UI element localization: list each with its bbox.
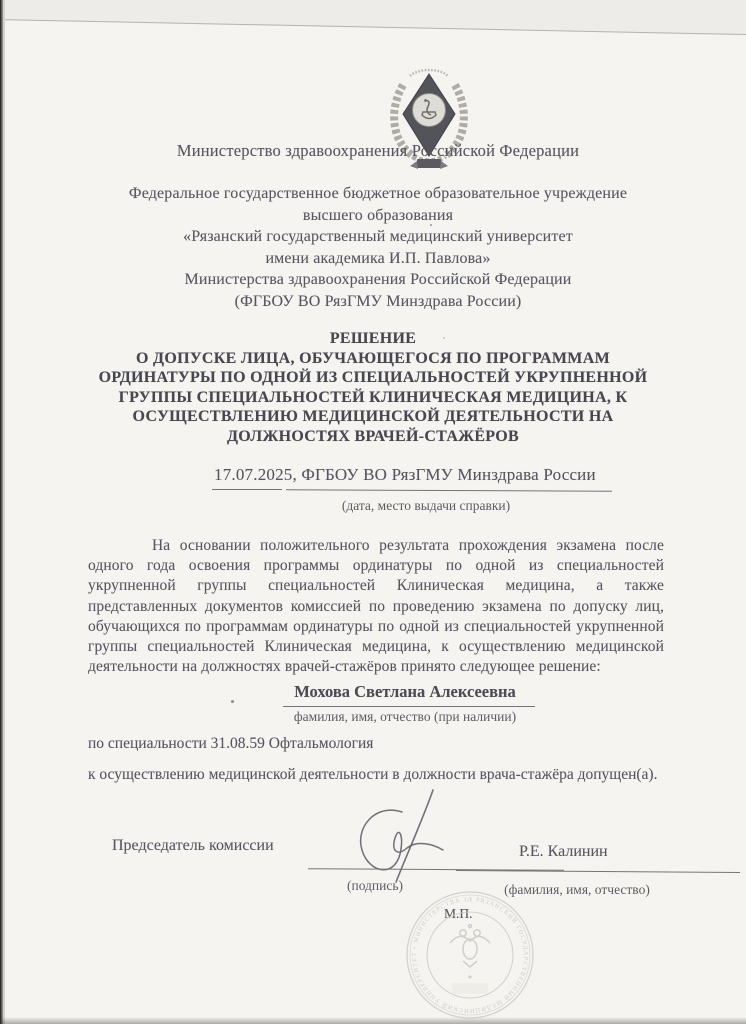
organization-name-block: Федеральное государственное бюджетное об…	[23, 183, 733, 313]
title-line: ОСУЩЕСТВЛЕНИЮ МЕДИЦИНСКОЙ ДЕЯТЕЛЬНОСТИ Н…	[23, 407, 723, 427]
graduate-name-underline	[283, 706, 535, 707]
date-place-caption: (дата, место выдачи справки)	[106, 498, 746, 514]
date-place-underline	[286, 489, 612, 491]
decision-body-paragraph: На основании положительного результата п…	[88, 536, 664, 677]
seal-eagle-icon	[450, 925, 490, 968]
handwritten-signature	[345, 786, 460, 886]
seal-ring-text: • РЯЗАНСКИЙ ГОСУДАРСТВЕННЫЙ МЕДИЦИНСКИЙ …	[400, 885, 529, 1014]
chairman-role-label: Председатель комиссии	[112, 837, 274, 855]
decision-title: РЕШЕНИЕ О ДОПУСКЕ ЛИЦА, ОБУЧАЮЩЕГОСЯ ПО …	[23, 329, 723, 447]
date-place-underline	[212, 489, 282, 490]
title-line: РЕШЕНИЕ	[23, 329, 723, 349]
title-line: ОРДИНАТУРЫ ПО ОДНОЙ ИЗ СПЕЦИАЛЬНОСТЕЙ УК…	[23, 368, 723, 388]
title-line: О ДОПУСКЕ ЛИЦА, ОБУЧАЮЩЕГОСЯ ПО ПРОГРАММ…	[23, 349, 723, 369]
scanned-document-page: Министерство здравоохранения Российской …	[0, 0, 746, 1024]
title-line: ГРУППЫ СПЕЦИАЛЬНОСТЕЙ КЛИНИЧЕСКАЯ МЕДИЦИ…	[23, 388, 723, 408]
ministry-name: Министерство здравоохранения Российской …	[23, 141, 733, 161]
svg-text:• РЯЗАНСКИЙ ГОСУДАРСТВЕННЫЙ МЕ: • РЯЗАНСКИЙ ГОСУДАРСТВЕННЫЙ МЕДИЦИНСКИЙ …	[400, 885, 529, 1014]
ministry-emblem-icon	[386, 63, 472, 183]
org-line: «Рязанский государственный медицинский у…	[23, 226, 733, 248]
round-seal-stamp-icon: • РЯЗАНСКИЙ ГОСУДАРСТВЕННЫЙ МЕДИЦИНСКИЙ …	[400, 885, 540, 1024]
org-line: имени академика И.П. Павлова»	[23, 248, 733, 270]
chairman-name: Р.Е. Калинин	[519, 843, 608, 861]
specialty-line: по специальности 31.08.59 Офтальмология	[88, 735, 373, 753]
org-line: Министерства здравоохранения Российской …	[23, 269, 733, 291]
title-line: ДОЛЖНОСТЯХ ВРАЧЕЙ-СТАЖЁРОВ	[23, 427, 723, 447]
org-line: (ФГБОУ ВО РязГМУ Минздрава России)	[23, 291, 733, 313]
admission-line: к осуществлению медицинской деятельности…	[88, 766, 657, 784]
paper-left-edge-shadow	[0, 0, 7, 1024]
graduate-name-caption: фамилия, имя, отчество (при наличии)	[85, 709, 725, 725]
org-line: Федеральное государственное бюджетное об…	[23, 183, 733, 205]
org-line: высшего образования	[23, 205, 733, 227]
graduate-name: Мохова Светлана Алексеевна	[85, 682, 725, 702]
date-place-value: 17.07.2025, ФГБОУ ВО РязГМУ Минздрава Ро…	[214, 465, 596, 485]
paper-bottom-edge-shadow	[0, 1017, 746, 1024]
name-line	[456, 870, 740, 873]
